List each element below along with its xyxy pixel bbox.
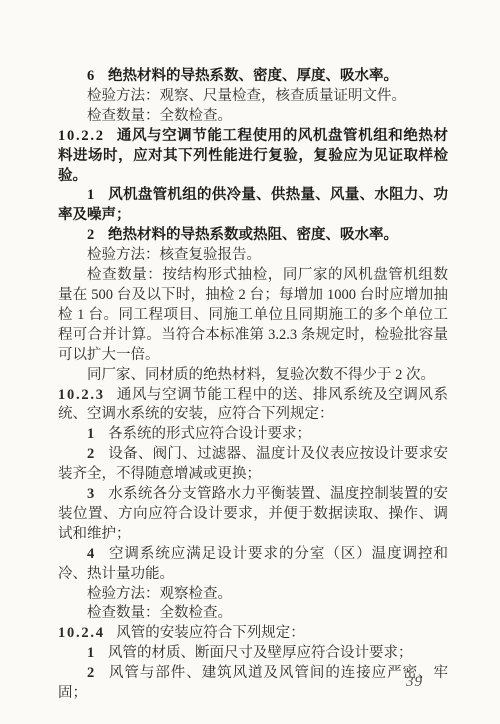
item-text: 风管的材质、断面尺寸及壁厚应符合设计要求； (108, 645, 413, 661)
item-number: 4 (87, 546, 94, 562)
clause-number: 10.2.3 (58, 387, 105, 403)
retest-note-paragraph: 同厂家、同材质的绝热材料，复验次数不得少于 2 次。 (58, 366, 448, 386)
inspection-method-paragraph: 检验方法：核查复验报告。 (58, 246, 448, 266)
item-text: 设备、阀门、过滤器、温度计及仪表应按设计要求安装齐全，不得随意增减或更换； (58, 446, 448, 482)
inspection-quantity-paragraph: 检查数量：全数检查。 (58, 107, 448, 127)
clause-number: 10.2.4 (58, 625, 105, 641)
item-number: 2 (87, 227, 94, 243)
clause-heading-10-2-2: 10.2.2通风与空调节能工程使用的风机盘管机组和绝热材料进场时，应对其下列性能… (58, 127, 448, 187)
item-text: 风机盘管机组的供冷量、供热量、风量、水阻力、功率及噪声； (58, 187, 448, 223)
clause-number: 10.2.2 (58, 128, 105, 144)
item-text: 绝热材料的导热系数、密度、厚度、吸水率。 (108, 68, 398, 84)
item-text: 风管与部件、建筑风道及风管间的连接应严密、牢固； (58, 665, 448, 701)
clause-item-3-of-10-2-3: 3水系统各分支管路水力平衡装置、温度控制装置的安装位置、方向应符合设计要求，并便… (58, 485, 448, 545)
clause-text: 通风与空调节能工程中的送、排风系统及空调风系统、空调水系统的安装，应符合下列规定… (58, 387, 448, 423)
item-number: 2 (87, 446, 94, 462)
clause-text: 风管的安装应符合下列规定： (116, 625, 305, 641)
clause-item-1-of-10-2-4: 1风管的材质、断面尺寸及壁厚应符合设计要求； (58, 644, 448, 664)
item-text: 水系统各分支管路水力平衡装置、温度控制装置的安装位置、方向应符合设计要求，并便于… (58, 486, 448, 542)
item-number: 3 (87, 486, 94, 502)
item-number: 6 (87, 68, 94, 84)
clause-item-6-of-10-2-1: 6绝热材料的导热系数、密度、厚度、吸水率。 (58, 67, 448, 87)
page-number: 39 (406, 674, 423, 691)
item-text: 空调系统应满足设计要求的分室（区）温度调控和冷、热计量功能。 (58, 546, 448, 582)
item-number: 2 (87, 665, 94, 681)
inspection-quantity-paragraph: 检查数量：全数检查。 (58, 604, 448, 624)
inspection-quantity-paragraph: 检查数量：按结构形式抽检，同厂家的风机盘管机组数量在 500 台及以下时，抽检 … (58, 266, 448, 366)
clause-item-1-of-10-2-2: 1风机盘管机组的供冷量、供热量、风量、水阻力、功率及噪声； (58, 186, 448, 226)
clause-item-1-of-10-2-3: 1各系统的形式应符合设计要求； (58, 425, 448, 445)
clause-text: 通风与空调节能工程使用的风机盘管机组和绝热材料进场时，应对其下列性能进行复验，复… (58, 128, 448, 184)
item-number: 1 (87, 645, 94, 661)
clause-heading-10-2-3: 10.2.3通风与空调节能工程中的送、排风系统及空调风系统、空调水系统的安装，应… (58, 386, 448, 426)
clause-item-2-of-10-2-4: 2风管与部件、建筑风道及风管间的连接应严密、牢固； (58, 664, 448, 704)
item-number: 1 (87, 426, 94, 442)
item-number: 1 (87, 187, 94, 203)
document-text-block: 6绝热材料的导热系数、密度、厚度、吸水率。 检验方法：观察、尺量检查，核查质量证… (58, 67, 448, 704)
clause-item-2-of-10-2-2: 2绝热材料的导热系数或热阻、密度、吸水率。 (58, 226, 448, 246)
item-text: 各系统的形式应符合设计要求； (108, 426, 311, 442)
clause-item-2-of-10-2-3: 2设备、阀门、过滤器、温度计及仪表应按设计要求安装齐全，不得随意增减或更换； (58, 445, 448, 485)
item-text: 绝热材料的导热系数或热阻、密度、吸水率。 (108, 227, 398, 243)
clause-item-4-of-10-2-3: 4空调系统应满足设计要求的分室（区）温度调控和冷、热计量功能。 (58, 545, 448, 585)
clause-heading-10-2-4: 10.2.4风管的安装应符合下列规定： (58, 624, 448, 644)
document-page: 6绝热材料的导热系数、密度、厚度、吸水率。 检验方法：观察、尺量检查，核查质量证… (0, 0, 500, 724)
inspection-method-paragraph: 检验方法：观察检查。 (58, 585, 448, 605)
inspection-method-paragraph: 检验方法：观察、尺量检查，核查质量证明文件。 (58, 87, 448, 107)
